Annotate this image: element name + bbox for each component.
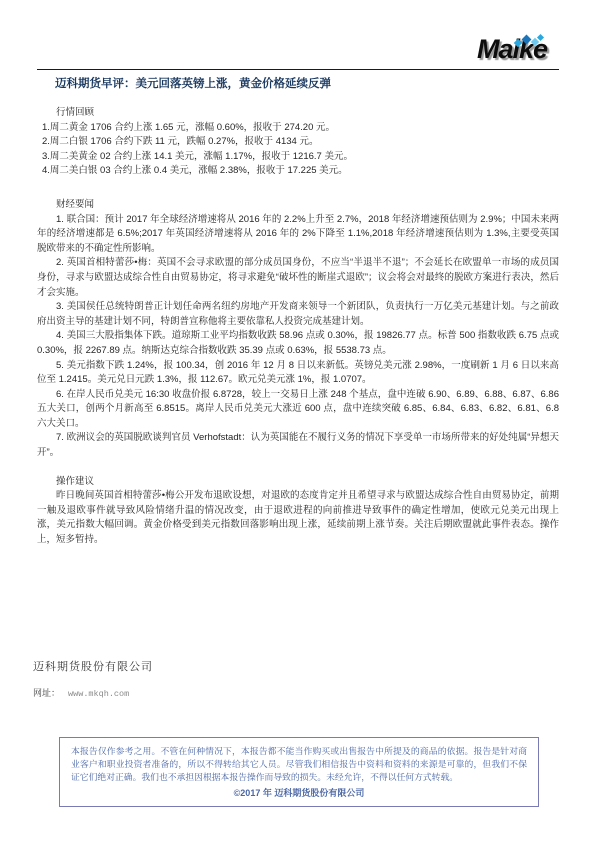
section-heading-news: 财经要闻 bbox=[37, 198, 559, 213]
copyright-line: ©2017 年 迈科期货股份有限公司 bbox=[71, 787, 527, 800]
review-item: 4.周二美白银 03 合约上涨 0.4 美元，涨幅 2.38%，报收于 17.2… bbox=[42, 164, 559, 179]
news-item: 7. 欧洲议会的英国脱欧谈判官员 Verhofstadt：认为英国能在不履行义务… bbox=[37, 431, 559, 460]
maike-logo: Maike bbox=[477, 36, 547, 63]
news-item: 5. 美元指数下跌 1.24%，报 100.34，创 2016 年 12 月 8… bbox=[37, 359, 559, 388]
disclaimer-box: 本报告仅作参考之用。不管在何种情况下，本报告都不能当作购买或出售报告中所提及的商… bbox=[59, 737, 539, 807]
website-line: 网址：www.mkqh.com bbox=[33, 686, 129, 699]
website-label: 网址： bbox=[33, 688, 60, 698]
report-page: Maike 迈科期货早评：美元回落英镑上涨，黄金价格延续反弹 行情回顾 1.周二… bbox=[0, 0, 595, 842]
review-item: 2.周二白银 1706 合约下跌 11 元，跌幅 0.27%，报收于 4134 … bbox=[42, 135, 559, 150]
company-name: 迈科期货股份有限公司 bbox=[33, 658, 153, 674]
advice-paragraph: 昨日晚间英国首相特蕾莎•梅公开发布退欧设想，对退欧的态度肯定并且希望寻求与欧盟达… bbox=[37, 489, 559, 547]
news-list: 1. 联合国：预计 2017 年全球经济增速将从 2016 年的 2.2%上升至… bbox=[37, 213, 559, 461]
website-url-link[interactable]: www.mkqh.com bbox=[68, 689, 129, 699]
news-item: 1. 联合国：预计 2017 年全球经济增速将从 2016 年的 2.2%上升至… bbox=[37, 213, 559, 257]
market-review-list: 1.周二黄金 1706 合约上涨 1.65 元，涨幅 0.60%，报收于 274… bbox=[42, 121, 559, 179]
header-divider bbox=[37, 69, 559, 70]
logo-birds-icon bbox=[511, 27, 547, 54]
news-item: 2. 英国首相特蕾莎•梅：英国不会寻求欧盟的部分成员国身份，不应当“半退半不退”… bbox=[37, 256, 559, 300]
news-item: 6. 在岸人民币兑美元 16:30 收盘价报 6.8728，较上一交易日上涨 2… bbox=[37, 388, 559, 432]
news-item: 3. 美国侯任总统特朗普正计划任命两名纽约房地产开发商来领导一个新团队，负责执行… bbox=[37, 300, 559, 329]
section-heading-advice: 操作建议 bbox=[37, 475, 559, 490]
review-item: 1.周二黄金 1706 合约上涨 1.65 元，涨幅 0.60%，报收于 274… bbox=[42, 121, 559, 136]
review-item: 3.周二美黄金 02 合约上涨 14.1 美元，涨幅 1.17%，报收于 121… bbox=[42, 150, 559, 165]
section-heading-market-review: 行情回顾 bbox=[37, 106, 559, 121]
report-title: 迈科期货早评：美元回落英镑上涨，黄金价格延续反弹 bbox=[37, 76, 559, 92]
disclaimer-text: 本报告仅作参考之用。不管在何种情况下，本报告都不能当作购买或出售报告中所提及的商… bbox=[71, 745, 527, 785]
news-item: 4. 美国三大股指集体下跌。道琼斯工业平均指数收跌 58.96 点或 0.30%… bbox=[37, 329, 559, 358]
report-body: 迈科期货早评：美元回落英镑上涨，黄金价格延续反弹 行情回顾 1.周二黄金 170… bbox=[37, 76, 559, 548]
